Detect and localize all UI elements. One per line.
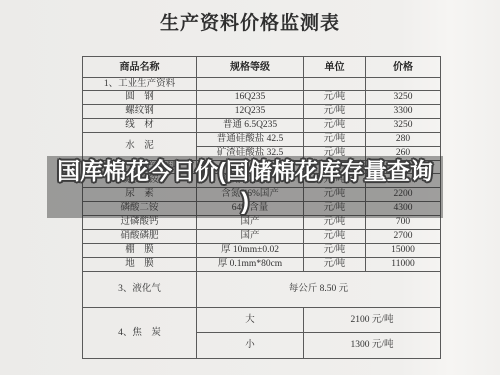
unit: 元/吨 <box>304 202 366 216</box>
empty-cell <box>366 78 441 91</box>
spec: 普通 6.5Q235 <box>197 119 304 133</box>
col-header-product-name: 商品名称 <box>83 57 197 78</box>
table-header-row: 商品名称 规格等级 单位 价格 <box>83 57 441 78</box>
price: 280 <box>366 133 441 147</box>
table-row-rebar: 螺纹钢 12Q235 元/吨 3300 <box>83 105 441 119</box>
spec: 12Q235 <box>197 105 304 119</box>
price: 11000 <box>366 258 441 272</box>
spec: 16Q235 <box>197 91 304 105</box>
spec: 普通硅酸盐 42.5 <box>197 133 304 147</box>
price: —— <box>366 174 441 188</box>
spec: 厚 10mm±0.02 <box>197 244 304 258</box>
product-name: 水 泥 <box>83 133 197 161</box>
coke-price: 2100 元/吨 <box>304 308 441 333</box>
price: 15000 <box>366 244 441 258</box>
spec: 矿渣硅酸盐 32.5 <box>197 147 304 161</box>
price: 3250 <box>366 119 441 133</box>
lpg-price: 每公斤 8.50 元 <box>197 272 441 308</box>
unit: 元/吨 <box>304 105 366 119</box>
col-header-unit: 单位 <box>304 57 366 78</box>
table-row-nitrophosphate: 硝酸磷肥 国产 元/吨 2700 <box>83 230 441 244</box>
coke-size: 小 <box>197 333 304 359</box>
unit: 元/吨 <box>304 133 366 147</box>
page-title: 生产资料价格监测表 <box>0 8 500 35</box>
price: 260 <box>366 147 441 161</box>
product-name: 线 材 <box>83 119 197 133</box>
table-row-superphosphate: 过磷酸钙 国产 元/吨 700 <box>83 216 441 230</box>
price: 3300 <box>366 105 441 119</box>
table-row-coke-large: 4、焦 炭 大 2100 元/吨 <box>83 308 441 333</box>
product-name: 地 膜 <box>83 258 197 272</box>
product-name: 碳酸氢铵 <box>83 174 197 188</box>
table-row-wire-rod: 线 材 普通 6.5Q235 元/吨 3250 <box>83 119 441 133</box>
price: 4300 <box>366 202 441 216</box>
unit: 元/吨 <box>304 188 366 202</box>
unit: 元/吨 <box>304 174 366 188</box>
product-name: 过磷酸钙 <box>83 216 197 230</box>
empty-cell <box>197 161 304 174</box>
col-header-price: 价格 <box>366 57 441 78</box>
product-name: 圆 钢 <box>83 91 197 105</box>
empty-cell <box>366 161 441 174</box>
product-name: 螺纹钢 <box>83 105 197 119</box>
product-name: 硝酸磷肥 <box>83 230 197 244</box>
unit: 元/吨 <box>304 230 366 244</box>
unit: 元/吨 <box>304 258 366 272</box>
unit: 元/吨 <box>304 91 366 105</box>
spec: 64%含量 <box>197 202 304 216</box>
section-label: 2、农业生产资料 <box>83 161 197 174</box>
product-name: 棚 膜 <box>83 244 197 258</box>
section-label: 3、液化气 <box>83 272 197 308</box>
table-row-dap: 磷酸二铵 64%含量 元/吨 4300 <box>83 202 441 216</box>
col-header-spec-grade: 规格等级 <box>197 57 304 78</box>
table-row-round-steel: 圆 钢 16Q235 元/吨 3250 <box>83 91 441 105</box>
unit: 元/吨 <box>304 244 366 258</box>
unit: 元/吨 <box>304 119 366 133</box>
price: 2700 <box>366 230 441 244</box>
unit: 元/吨 <box>304 216 366 230</box>
section-label: 1、工业生产资料 <box>83 78 197 91</box>
empty-cell <box>197 78 304 91</box>
section-row-industrial: 1、工业生产资料 <box>83 78 441 91</box>
price: 2200 <box>366 188 441 202</box>
section-row-agricultural: 2、农业生产资料 <box>83 161 441 174</box>
product-name: 磷酸二铵 <box>83 202 197 216</box>
spec: 含氮 46%国产 <box>197 188 304 202</box>
product-name: 尿 素 <box>83 188 197 202</box>
price: 3250 <box>366 91 441 105</box>
spec: 厚 0.1mm*80cm <box>197 258 304 272</box>
empty-cell <box>304 78 366 91</box>
coke-price: 1300 元/吨 <box>304 333 441 359</box>
table-row-mulch-film: 地 膜 厚 0.1mm*80cm 元/吨 11000 <box>83 258 441 272</box>
spec: 国产 <box>197 216 304 230</box>
section-label: 4、焦 炭 <box>83 308 197 359</box>
table-row-greenhouse-film: 棚 膜 厚 10mm±0.02 元/吨 15000 <box>83 244 441 258</box>
spec: 国产 <box>197 230 304 244</box>
table-row-ammonium-bicarbonate: 碳酸氢铵 含氮 17%国产 元/吨 —— <box>83 174 441 188</box>
coke-size: 大 <box>197 308 304 333</box>
price: 700 <box>366 216 441 230</box>
spec: 含氮 17%国产 <box>197 174 304 188</box>
price-table: 商品名称 规格等级 单位 价格 1、工业生产资料 圆 钢 16Q235 元/吨 … <box>82 56 441 359</box>
empty-cell <box>304 161 366 174</box>
table-row-urea: 尿 素 含氮 46%国产 元/吨 2200 <box>83 188 441 202</box>
unit: 元/吨 <box>304 147 366 161</box>
table-row-cement-a: 水 泥 普通硅酸盐 42.5 元/吨 280 <box>83 133 441 147</box>
table-row-lpg: 3、液化气 每公斤 8.50 元 <box>83 272 441 308</box>
